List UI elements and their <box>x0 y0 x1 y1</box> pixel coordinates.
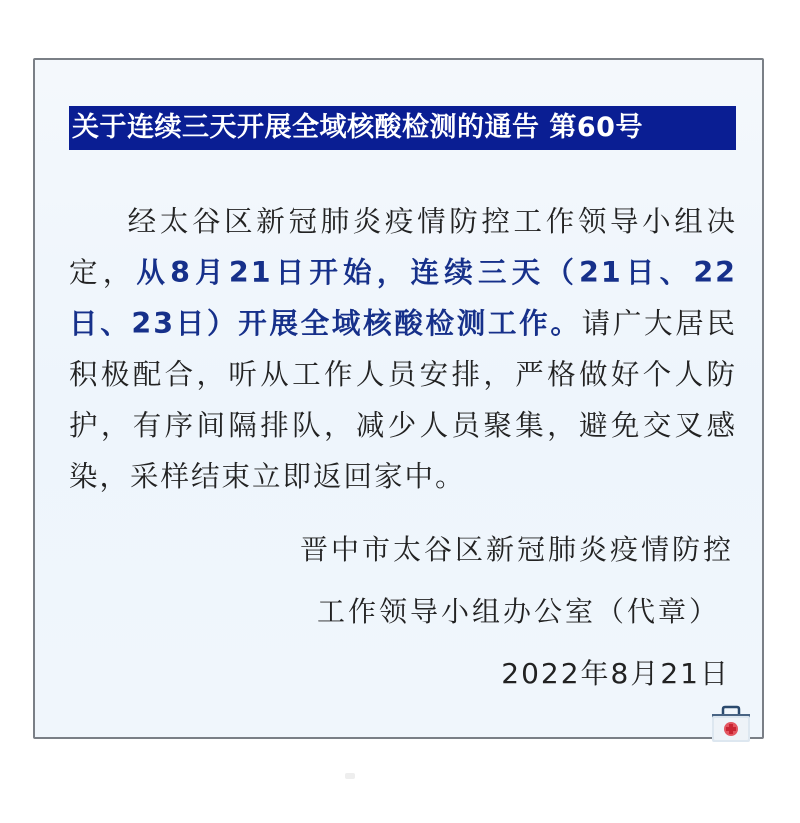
notice-body: 经太谷区新冠肺炎疫情防控工作领导小组决定，从8月21日开始，连续三天（21日、2… <box>69 196 737 502</box>
signature-date: 2022年8月21日 <box>501 652 730 692</box>
notice-title: 关于连续三天开展全域核酸检测的通告 第60号 <box>69 106 736 150</box>
signature-organization-line-2: 工作领导小组办公室（代章） <box>317 590 720 630</box>
medkit-icon <box>708 704 754 744</box>
faint-watermark <box>345 773 355 779</box>
signature-organization-line-1: 晋中市太谷区新冠肺炎疫情防控 <box>300 528 734 568</box>
